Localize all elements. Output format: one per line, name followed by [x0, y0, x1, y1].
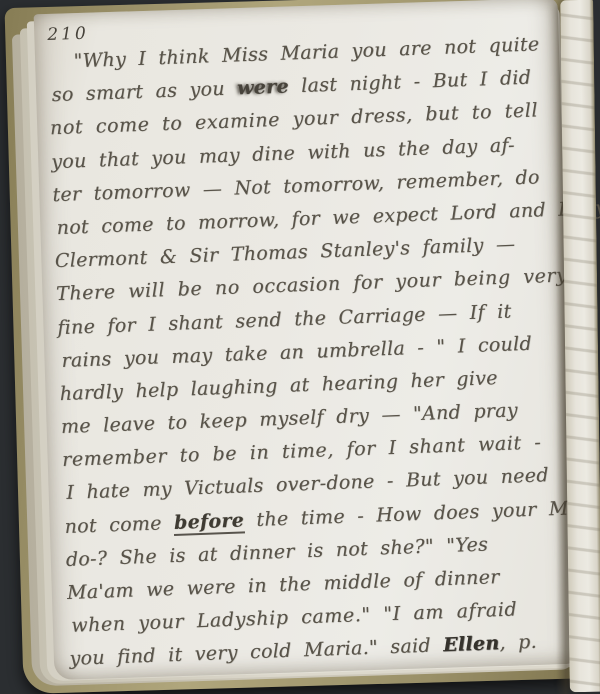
manuscript-text: , p.	[499, 631, 537, 654]
handwritten-text: "Why I think Miss Maria you are not quit…	[47, 28, 574, 677]
manuscript-word-smudged: were	[237, 76, 290, 100]
manuscript-text: last night - But I did	[288, 67, 531, 98]
page-number: 210	[47, 24, 89, 45]
manuscript-text: not come	[64, 512, 174, 538]
manuscript-page: 210 "Why I think Miss Maria you are not …	[34, 0, 579, 680]
manuscript-text: so smart as you	[51, 78, 237, 107]
manuscript-word-overwritten: Ellen	[443, 633, 500, 657]
manuscript-word-underlined: before	[174, 509, 245, 536]
manuscript-photo: 210 "Why I think Miss Maria you are not …	[0, 0, 600, 694]
